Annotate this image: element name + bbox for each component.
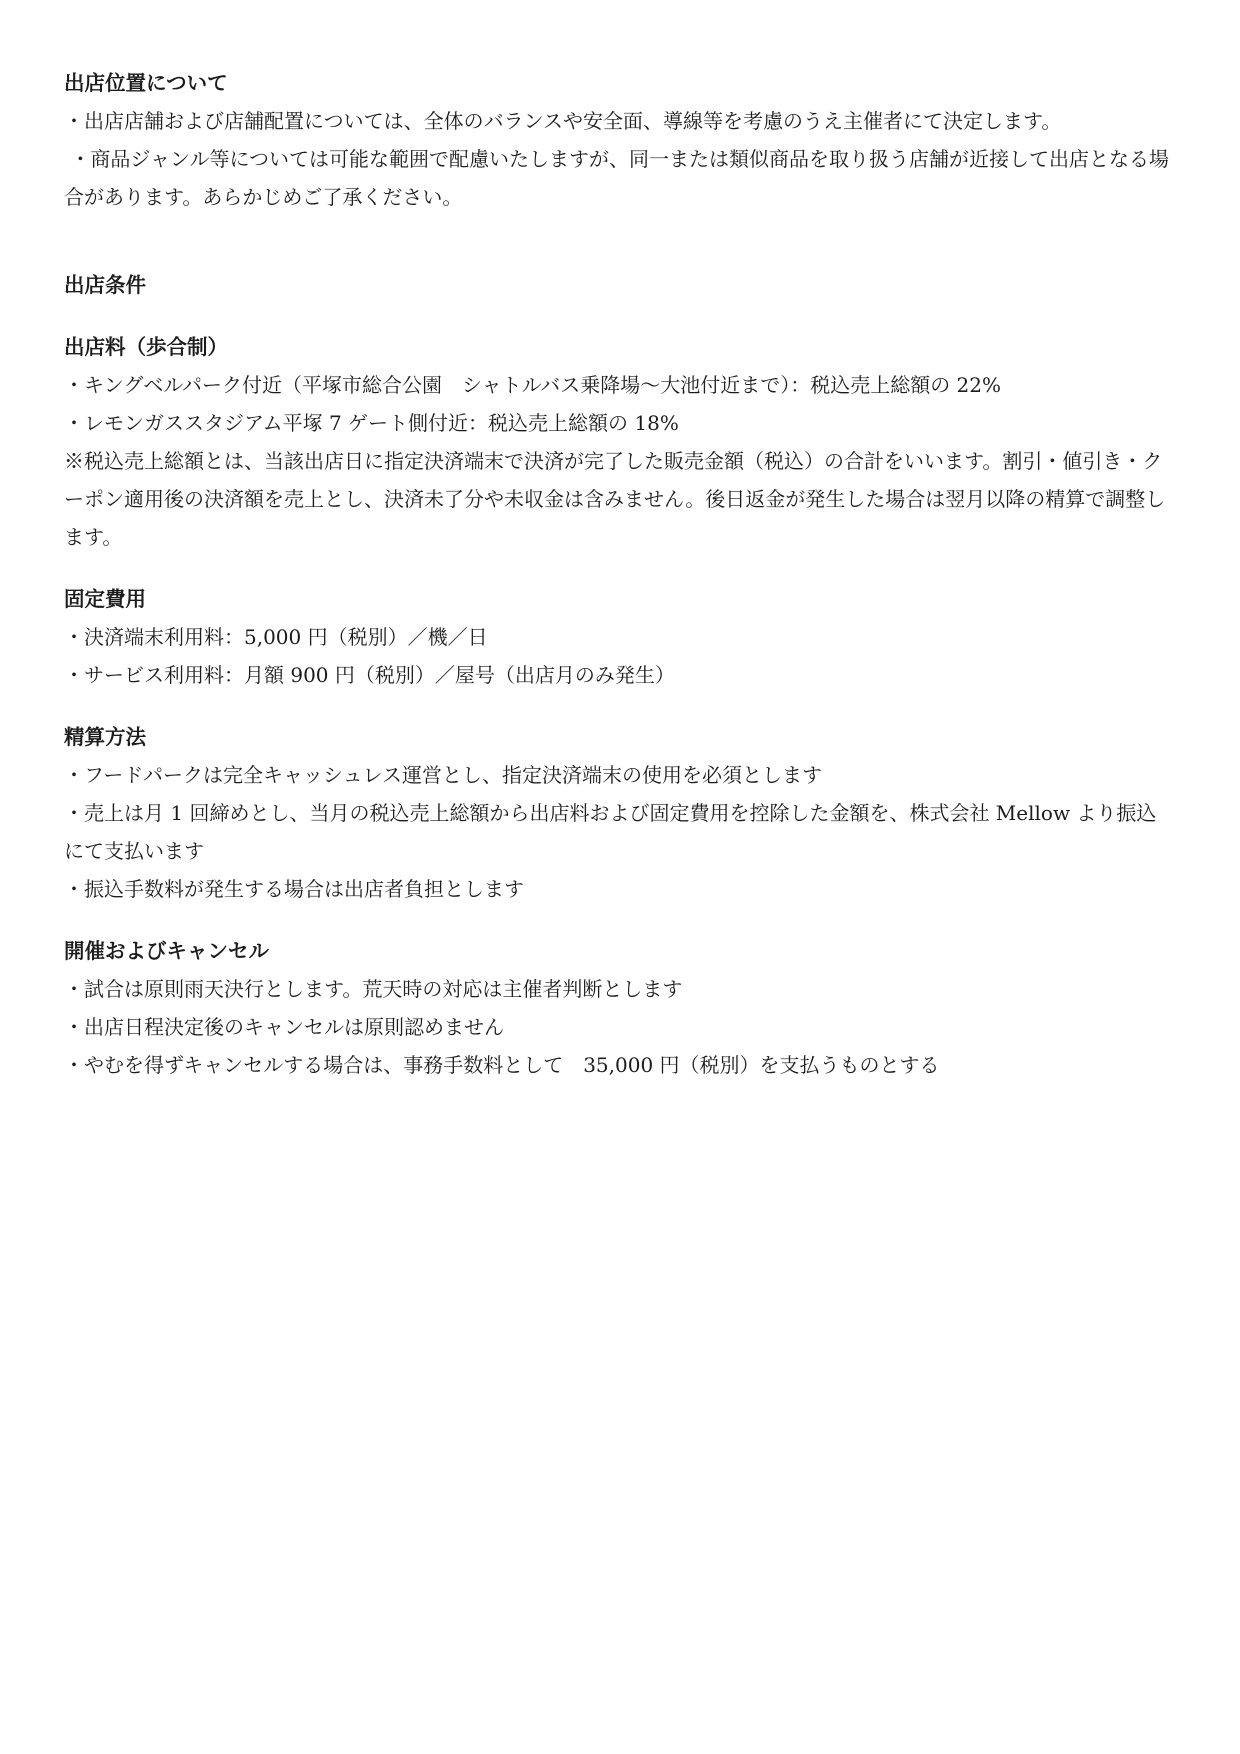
section-heading: 開催およびキャンセル [64,932,1176,970]
paragraph: ・試合は原則雨天決行とします。荒天時の対応は主催者判断とします [64,970,1176,1008]
paragraph: ・出店店舗および店舗配置については、全体のバランスや安全面、導線等を考慮のうえ主… [64,102,1176,140]
paragraph: ・出店日程決定後のキャンセルは原則認めません [64,1008,1176,1046]
paragraph: ・キングベルパーク付近（平塚市総合公園 シャトルバス乗降場～大池付近まで）：税込… [64,366,1176,404]
section-heading: 出店条件 [64,266,1176,304]
paragraph: ・商品ジャンル等については可能な範囲で配慮いたしますが、同一または類似商品を取り… [64,140,1176,216]
section-2: 出店条件 [64,266,1176,304]
paragraph: ・レモンガススタジアム平塚 7 ゲート側付近：税込売上総額の 18% [64,404,1176,442]
section-4: 固定費用・決済端末利用料：5,000 円（税別）／機／日・サービス利用料：月額 … [64,580,1176,694]
section-6: 開催およびキャンセル・試合は原則雨天決行とします。荒天時の対応は主催者判断としま… [64,932,1176,1084]
paragraph: ※税込売上総額とは、当該出店日に指定決済端末で決済が完了した販売金額（税込）の合… [64,442,1176,556]
paragraph: ・振込手数料が発生する場合は出店者負担とします [64,870,1176,908]
document-body: 出店位置について・出店店舗および店舗配置については、全体のバランスや安全面、導線… [64,64,1176,1084]
section-heading: 精算方法 [64,718,1176,756]
paragraph: ・売上は月 1 回締めとし、当月の税込売上総額から出店料および固定費用を控除した… [64,794,1176,870]
paragraph: ・サービス利用料：月額 900 円（税別）／屋号（出店月のみ発生） [64,656,1176,694]
paragraph: ・やむを得ずキャンセルする場合は、事務手数料として 35,000 円（税別）を支… [64,1046,1176,1084]
paragraph: ・決済端末利用料：5,000 円（税別）／機／日 [64,618,1176,656]
section-heading: 出店位置について [64,64,1176,102]
paragraph: ・フードパークは完全キャッシュレス運営とし、指定決済端末の使用を必須とします [64,756,1176,794]
section-heading: 出店料（歩合制） [64,328,1176,366]
section-3: 出店料（歩合制）・キングベルパーク付近（平塚市総合公園 シャトルバス乗降場～大池… [64,328,1176,556]
section-5: 精算方法・フードパークは完全キャッシュレス運営とし、指定決済端末の使用を必須とし… [64,718,1176,908]
section-1: 出店位置について・出店店舗および店舗配置については、全体のバランスや安全面、導線… [64,64,1176,216]
section-heading: 固定費用 [64,580,1176,618]
document-page: 出店位置について・出店店舗および店舗配置については、全体のバランスや安全面、導線… [0,0,1240,1754]
